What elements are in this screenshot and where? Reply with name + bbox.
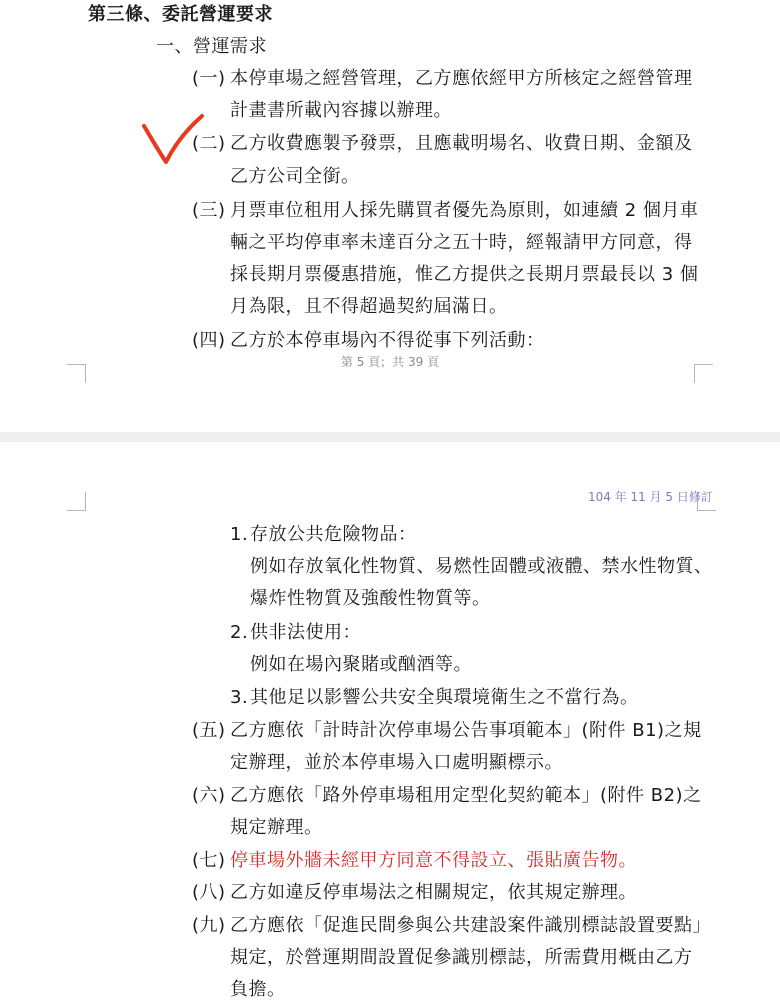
item-label: (五) <box>192 720 226 742</box>
article-title: 第三條、委託營運要求 <box>88 4 273 26</box>
item-label: (六) <box>192 785 226 807</box>
item-text: 乙方收費應製予發票，且應載明場名、收費日期、金額及 <box>230 133 693 155</box>
item-text: 月票車位租用人採先購買者優先為原則，如連續 2 個月車 <box>230 200 698 222</box>
item-text: 乙方應依「路外停車場租用定型化契約範本」(附件 B2)之 <box>230 785 702 807</box>
item-text: 計畫書所載內容據以辦理。 <box>230 100 452 122</box>
sub-item-text: 例如存放氧化性物質、易燃性固體或液體、禁水性物質、 <box>250 556 713 578</box>
sub-item-title: 供非法使用： <box>250 622 361 644</box>
item-text: 本停車場之經營管理，乙方應依經甲方所核定之經營管理 <box>230 68 693 90</box>
item-text: 採長期月票優惠措施，惟乙方提供之長期月票最長以 3 個 <box>230 264 698 286</box>
sub-item-text: 例如在場內聚賭或酗酒等。 <box>250 654 472 676</box>
item-label: (九) <box>192 915 226 937</box>
item-text: 定辦理，並於本停車場入口處明顯標示。 <box>230 752 563 774</box>
item-text: 乙方如違反停車場法之相關規定，依其規定辦理。 <box>230 882 637 904</box>
item-text: 月為限，且不得超過契約屆滿日。 <box>230 296 508 318</box>
crop-mark-top-left <box>67 492 86 511</box>
sub-item-title: 其他足以影響公共安全與環境衛生之不當行為。 <box>250 687 639 709</box>
item-label: (一) <box>192 68 226 90</box>
document-page-6: 104 年 11 月 5 日修訂 1. 存放公共危險物品： 例如存放氧化性物質、… <box>0 442 780 1002</box>
item-text: 乙方應依「促進民間參與公共建設案件識別標誌設置要點」 <box>230 915 711 937</box>
item-text: 乙方應依「計時計次停車場公告事項範本」(附件 B1)之規 <box>230 720 702 742</box>
item-label: (八) <box>192 882 226 904</box>
sub-item-label: 1. <box>230 524 248 546</box>
item-text: 負擔。 <box>230 979 286 1001</box>
crop-mark-bottom-left <box>67 364 86 383</box>
page-separator <box>0 432 780 442</box>
page-footer: 第 5 頁；共 39 頁 <box>0 353 780 370</box>
sub-item-label: 2. <box>230 622 248 644</box>
item-text: 輛之平均停車率未達百分之五十時，經報請甲方同意，得 <box>230 232 693 254</box>
item-text: 乙方公司全銜。 <box>230 166 360 188</box>
item-label: (七) <box>192 850 226 872</box>
section-title: 一、營運需求 <box>156 36 267 58</box>
sub-item-title: 存放公共危險物品： <box>250 524 417 546</box>
document-page-5: 第三條、委託營運要求 一、營運需求 (一) 本停車場之經營管理，乙方應依經甲方所… <box>0 0 780 432</box>
checkmark-icon <box>138 112 208 168</box>
revision-header: 104 年 11 月 5 日修訂 <box>588 488 713 505</box>
item-text: 規定辦理。 <box>230 817 323 839</box>
item-text: 規定，於營運期間設置促參識別標誌，所需費用概由乙方 <box>230 947 693 969</box>
highlighted-item-text: 停車場外牆未經甲方同意不得設立、張貼廣告物。 <box>230 850 637 872</box>
sub-item-text: 爆炸性物質及強酸性物質等。 <box>250 588 491 610</box>
crop-mark-bottom-right <box>694 364 713 383</box>
sub-item-label: 3. <box>230 687 248 709</box>
item-label: (三) <box>192 200 226 222</box>
item-label: (四) <box>192 330 226 352</box>
item-text: 乙方於本停車場內不得從事下列活動： <box>230 330 545 352</box>
